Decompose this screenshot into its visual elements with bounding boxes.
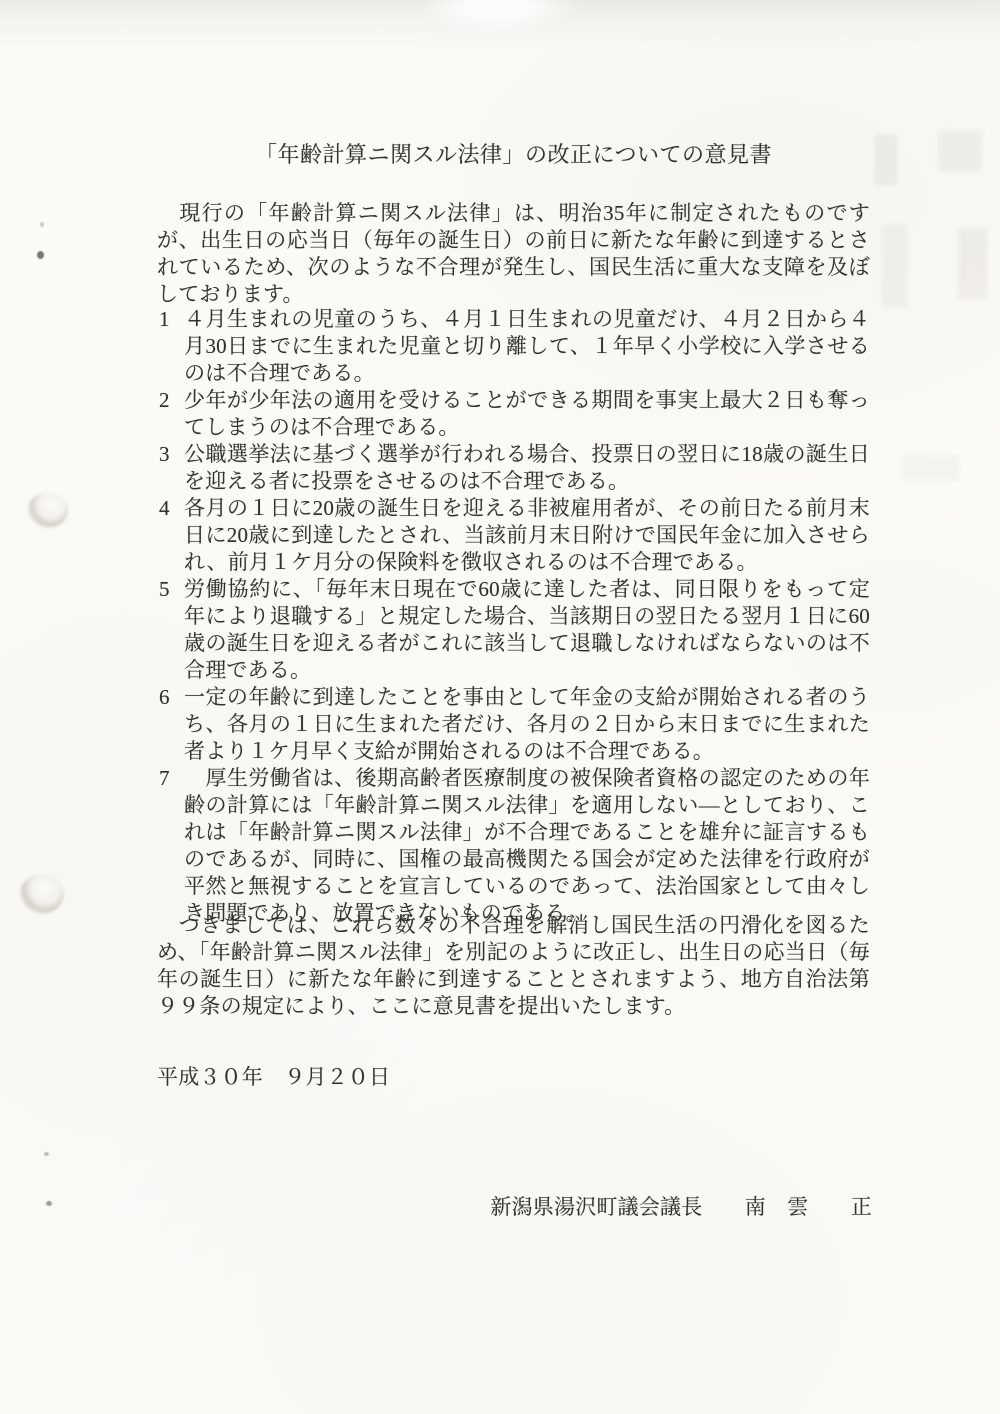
scan-speck — [44, 1152, 49, 1156]
punch-hole-mark — [20, 874, 64, 914]
list-item-1: 1 ４月生まれの児童のうち、４月１日生まれの児童だけ、４月２日から４月30日まで… — [157, 306, 870, 387]
item-text: 各月の１日に20歳の誕生日を迎える非被雇用者が、その前日たる前月末日に20歳に到… — [184, 495, 870, 576]
item-text: 厚生労働省は、後期高齢者医療制度の被保険者資格の認定のための年齢の計算には「年齢… — [184, 765, 870, 927]
bleedthrough-mark — [938, 130, 982, 172]
item-number: 3 — [159, 441, 170, 468]
bleedthrough-mark — [882, 224, 908, 308]
document-title: 「年齢計算ニ関スル法律」の改正についての意見書 — [157, 141, 870, 169]
item-text: 公職選挙法に基づく選挙が行われる場合、投票日の翌日に18歳の誕生日を迎える者に投… — [184, 441, 870, 495]
item-number: 2 — [159, 387, 170, 414]
item-number: 5 — [159, 576, 170, 603]
list-item-2: 2 少年が少年法の適用を受けることができる期間を事実上最大２日も奪ってしまうのは… — [157, 387, 870, 441]
list-item-6: 6 一定の年齢に到達したことを事由として年金の支給が開始される者のうち、各月の１… — [157, 684, 870, 765]
item-text: ４月生まれの児童のうち、４月１日生まれの児童だけ、４月２日から４月30日までに生… — [184, 306, 870, 387]
signature-line: 新潟県湯沢町議会議長 南 雲 正 — [490, 1194, 872, 1221]
list-item-3: 3 公職選挙法に基づく選挙が行われる場合、投票日の翌日に18歳の誕生日を迎える者… — [157, 441, 870, 495]
scan-speck — [37, 251, 44, 259]
item-number: 1 — [159, 306, 170, 333]
intro-paragraph: 現行の「年齢計算ニ関スル法律」は、明治35年に制定されたものですが、出生日の応当… — [157, 200, 870, 308]
item-text: 一定の年齢に到達したことを事由として年金の支給が開始される者のうち、各月の１日に… — [184, 684, 870, 765]
closing-paragraph: つきましては、これら数々の不合理を解消し国民生活の円滑化を図るため、「年齢計算ニ… — [157, 912, 870, 1020]
grievance-list: 1 ４月生まれの児童のうち、４月１日生まれの児童だけ、４月２日から４月30日まで… — [157, 306, 870, 927]
item-number: 4 — [159, 495, 170, 522]
punch-hole-mark — [28, 492, 68, 528]
scan-speck — [46, 1201, 52, 1206]
item-number: 6 — [159, 684, 170, 711]
bleedthrough-mark — [958, 228, 988, 300]
list-item-7: 7 厚生労働省は、後期高齢者医療制度の被保険者資格の認定のための年齢の計算には「… — [157, 765, 870, 927]
item-text: 少年が少年法の適用を受けることができる期間を事実上最大２日も奪ってしまうのは不合… — [184, 387, 870, 441]
list-item-5: 5 労働協約に、「毎年末日現在で60歳に達した者は、同日限りをもって定年により退… — [157, 576, 870, 684]
scanned-document-page: 「年齢計算ニ関スル法律」の改正についての意見書 現行の「年齢計算ニ関スル法律」は… — [0, 0, 1000, 1414]
scan-speck — [40, 222, 44, 227]
bleedthrough-mark — [874, 134, 898, 186]
scan-edge-notch — [418, 0, 578, 40]
item-number: 7 — [159, 765, 170, 792]
scan-edge-shading — [0, 0, 1000, 48]
bleedthrough-mark — [900, 455, 960, 481]
item-text: 労働協約に、「毎年末日現在で60歳に達した者は、同日限りをもって定年により退職す… — [184, 576, 870, 684]
list-item-4: 4 各月の１日に20歳の誕生日を迎える非被雇用者が、その前日たる前月末日に20歳… — [157, 495, 870, 576]
document-date: 平成３０年 ９月２０日 — [157, 1064, 390, 1091]
